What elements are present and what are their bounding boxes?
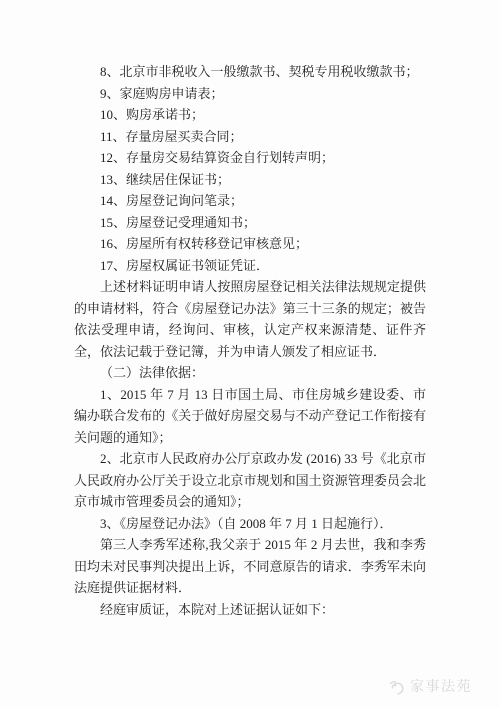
document-paragraph: 9、家庭购房申请表； [74,83,426,105]
document-page: 8、北京市非税收入一般缴款书、契税专用税收缴款书； 9、家庭购房申请表； 10、… [0,0,500,707]
document-paragraph: 上述材料证明申请人按照房屋登记相关法律法规规定提供的申请材料，符合《房屋登记办法… [74,276,426,362]
document-paragraph: 3、《房屋登记办法》（自 2008 年 7 月 1 日起施行）． [74,513,426,535]
document-paragraph: 16、房屋所有权转移登记审核意见； [74,233,426,255]
document-paragraph: 第三人李秀军述称,我父亲于 2015 年 2 月去世，我和李秀田均未对民事判决提… [74,534,426,599]
document-paragraph: 15、房屋登记受理通知书； [74,212,426,234]
document-paragraph: 14、房屋登记询问笔录； [74,190,426,212]
document-paragraph: 经庭审质证，本院对上述证据认证如下： [74,599,426,621]
document-paragraph: 2、北京市人民政府办公厅京政办发 (2016) 33 号《北京市人民政府办公厅关… [74,448,426,513]
document-paragraph: 17、房屋权属证书领证凭证． [74,255,426,277]
document-paragraph: 10、购房承诺书； [74,104,426,126]
swirl-bird-logo-icon [389,678,406,695]
document-paragraph: 1、2015 年 7 月 13 日市国土局、市住房城乡建设委、市编办联合发布的《… [74,384,426,449]
watermark-label: 家事法苑 [410,676,472,696]
document-paragraph: （二）法律依据： [74,362,426,384]
watermark: 家事法苑 [389,676,472,696]
document-paragraph: 11、存量房屋买卖合同； [74,126,426,148]
document-paragraph: 12、存量房交易结算资金自行划转声明； [74,147,426,169]
document-paragraph: 13、继续居住保证书； [74,169,426,191]
document-body: 8、北京市非税收入一般缴款书、契税专用税收缴款书； 9、家庭购房申请表； 10、… [74,61,426,620]
document-paragraph: 8、北京市非税收入一般缴款书、契税专用税收缴款书； [74,61,426,83]
